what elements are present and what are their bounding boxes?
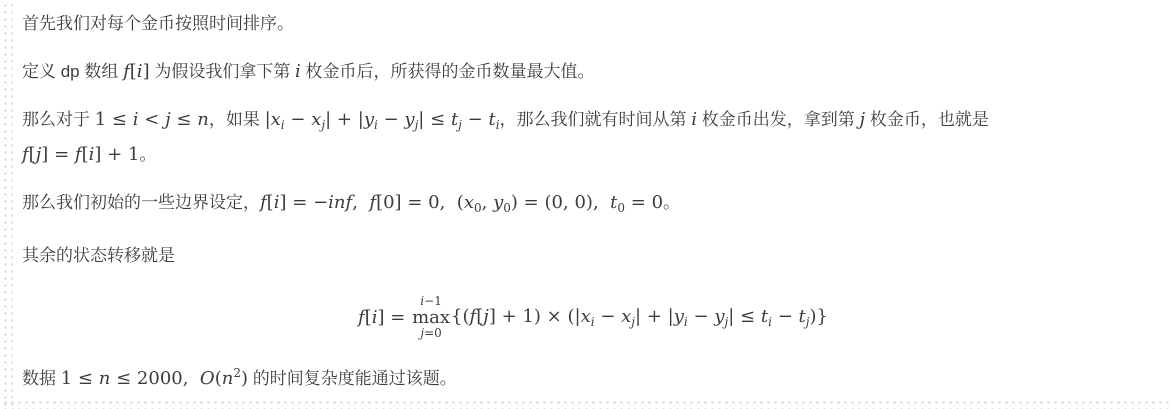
dotted-border-left (0, 0, 13, 409)
max-operator: max (412, 308, 450, 327)
max-lower-limit: j=0 (420, 327, 441, 340)
text-run: 为假设我们拿下第 (150, 62, 295, 81)
inline-math: 1 ≤ n ≤ 2000, O(n2) (61, 368, 248, 389)
paragraph-complexity: 数据 1 ≤ n ≤ 2000, O(n2) 的时间复杂度能通过该题。 (22, 358, 1164, 394)
text-run: 其余的状态转移就是 (22, 246, 175, 265)
text-run: 。 (663, 193, 680, 212)
dotted-border-bottom (0, 397, 1170, 409)
paragraph-transition-intro: 其余的状态转移就是 (22, 241, 1164, 271)
text-run: ，那么我们就有时间从第 (500, 110, 692, 129)
text-run: 数据 (22, 369, 61, 388)
inline-math: |xi − xj| + |yi − yj| ≤ tj − ti (265, 109, 500, 130)
formula-lhs: f[i] = (358, 307, 411, 329)
paragraph-dp-definition: 定义 dp 数组 f[i] 为假设我们拿下第 i 枚金币后，所获得的金币数量最大… (22, 57, 1164, 87)
text-run: ，如果 (209, 110, 265, 129)
text-run: 枚金币，也就是 (865, 110, 989, 129)
max-operator-block: i−1maxj=0 (412, 295, 450, 340)
paragraph-sort-by-time: 首先我们对每个金币按照时间排序。 (22, 9, 1164, 39)
inline-math: 1 ≤ i < j ≤ n (95, 109, 209, 130)
formula-rhs: {(f[j] + 1) × (|xi − xj| + |yi − yj| ≤ t… (451, 306, 828, 329)
inline-math: f[j] = f[i] + 1 (22, 144, 139, 165)
inline-math: f[i] = −inf, f[0] = 0, (x0, y0) = (0, 0)… (260, 192, 663, 213)
text-run: 定义 dp 数组 (22, 62, 123, 81)
solution-article: 首先我们对每个金币按照时间排序。 定义 dp 数组 f[i] 为假设我们拿下第 … (22, 0, 1164, 394)
dp-transition-formula: f[i] = i−1maxj=0{(f[j] + 1) × (|xi − xj|… (22, 295, 1164, 340)
text-run: 首先我们对每个金币按照时间排序。 (22, 14, 294, 33)
text-run: 的时间复杂度能通过该题。 (248, 369, 457, 388)
text-run: 那么我们初始的一些边界设定， (22, 193, 260, 212)
inline-math: f[i] (123, 61, 150, 82)
text-run: 那么对于 (22, 110, 95, 129)
paragraph-transition-condition: 那么对于 1 ≤ i < j ≤ n，如果 |xi − xj| + |yi − … (22, 105, 1164, 170)
text-run: 枚金币出发，拿到第 (697, 110, 859, 129)
text-run: 。 (139, 145, 156, 164)
text-run: 枚金币后，所获得的金币数量最大值。 (301, 62, 595, 81)
paragraph-boundary-settings: 那么我们初始的一些边界设定，f[i] = −inf, f[0] = 0, (x0… (22, 188, 1164, 223)
